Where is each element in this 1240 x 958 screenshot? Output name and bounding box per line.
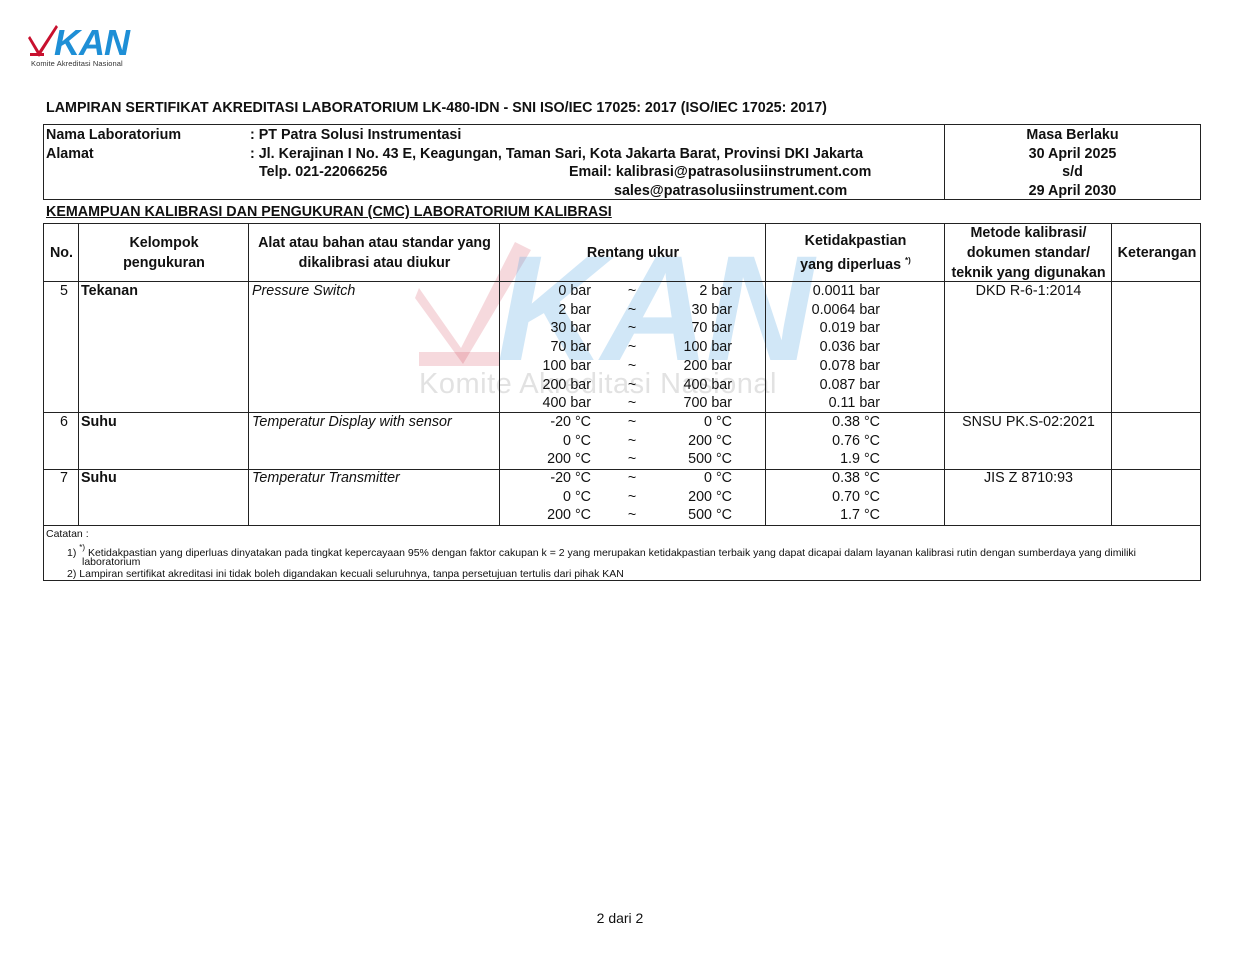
uncertainty-value: 0.078 bar [766,357,880,376]
header-uncertainty: Ketidakpastian yang diperluas *) [766,224,945,282]
range-from: 0 bar [500,282,591,301]
notes-label: Catatan : [46,528,89,541]
email-secondary: sales@patrasolusiinstrument.com [614,182,847,200]
range-from: 0 °C [500,432,591,451]
row-number: 7 [44,469,68,488]
col-divider [248,224,249,525]
instrument-name: Temperatur Transmitter [252,469,400,488]
calibration-method: DKD R-6-1:2014 [945,282,1112,301]
range-from: 100 bar [500,357,591,376]
range-separator: ~ [622,319,642,338]
range-separator: ~ [622,506,642,525]
range-to: 200 °C [644,488,732,507]
uncertainty-value: 0.70 °C [766,488,880,507]
address-value: : Jl. Kerajinan I No. 43 E, Keagungan, T… [250,145,863,163]
range-to: 0 °C [644,469,732,488]
range-to: 200 bar [644,357,732,376]
instrument-name: Pressure Switch [252,282,355,301]
note-2: 2) Lampiran sertifikat akreditasi ini ti… [67,568,624,581]
range-separator: ~ [622,432,642,451]
range-to: 70 bar [644,319,732,338]
note-1: 1) *) Ketidakpastian yang diperluas diny… [67,542,1136,560]
measurement-group: Suhu [81,413,117,432]
lab-name-label: Nama Laboratorium [46,126,181,144]
header-remarks: Keterangan [1112,224,1202,282]
header-range: Rentang ukur [500,224,766,282]
range-from: 70 bar [500,338,591,357]
range-separator: ~ [622,376,642,395]
phone-number: Telp. 021-22066256 [259,163,388,181]
validity-label: Masa Berlaku [945,126,1200,144]
lab-info-box: Nama Laboratorium : PT Patra Solusi Inst… [43,124,1201,200]
validity-period: Masa Berlaku 30 April 2025 s/d 29 April … [945,125,1200,199]
email-primary: Email: kalibrasi@patrasolusiinstrument.c… [569,163,871,181]
range-from: 30 bar [500,319,591,338]
range-separator: ~ [622,413,642,432]
document-title: LAMPIRAN SERTIFIKAT AKREDITASI LABORATOR… [46,100,827,116]
logo-mark: KAN [54,25,129,61]
uncertainty-value: 0.38 °C [766,413,880,432]
range-separator: ~ [622,394,642,413]
header-no: No. [44,224,79,282]
range-from: 400 bar [500,394,591,413]
range-from: 200 °C [500,506,591,525]
range-to: 30 bar [644,301,732,320]
range-to: 2 bar [644,282,732,301]
range-to: 100 bar [644,338,732,357]
calibration-method: SNSU PK.S-02:2021 [945,413,1112,432]
range-to: 0 °C [644,413,732,432]
uncertainty-value: 0.087 bar [766,376,880,395]
uncertainty-value: 0.0011 bar [766,282,880,301]
logo-subtitle: Komite Akreditasi Nasional [31,59,123,68]
calibration-method: JIS Z 8710:93 [945,469,1112,488]
header-group: Kelompok pengukuran [79,224,249,282]
uncertainty-value: 0.019 bar [766,319,880,338]
uncertainty-value: 1.9 °C [766,450,880,469]
measurement-group: Suhu [81,469,117,488]
validity-start: 30 April 2025 [945,145,1200,163]
row-number: 6 [44,413,68,432]
range-separator: ~ [622,488,642,507]
lab-details: Nama Laboratorium : PT Patra Solusi Inst… [44,125,945,199]
uncertainty-value: 0.11 bar [766,394,880,413]
uncertainty-value: 0.0064 bar [766,301,880,320]
range-from: 2 bar [500,301,591,320]
instrument-name: Temperatur Display with sensor [252,413,452,432]
range-from: 0 °C [500,488,591,507]
cmc-table: No. Kelompok pengukuran Alat atau bahan … [43,223,1201,581]
validity-end: 29 April 2030 [945,182,1200,200]
range-to: 200 °C [644,432,732,451]
range-separator: ~ [622,469,642,488]
range-to: 700 bar [644,394,732,413]
validity-separator: s/d [945,163,1200,181]
uncertainty-value: 0.38 °C [766,469,880,488]
range-to: 400 bar [644,376,732,395]
range-to: 500 °C [644,506,732,525]
range-from: 200 bar [500,376,591,395]
section-title: KEMAMPUAN KALIBRASI DAN PENGUKURAN (CMC)… [46,204,612,220]
range-separator: ~ [622,338,642,357]
notes-divider [44,525,1200,526]
uncertainty-value: 0.76 °C [766,432,880,451]
range-separator: ~ [622,282,642,301]
measurement-group: Tekanan [81,282,138,301]
kan-logo: KAN Komite Akreditasi Nasional [28,24,138,70]
range-to: 500 °C [644,450,732,469]
uncertainty-value: 1.7 °C [766,506,880,525]
range-from: -20 °C [500,469,591,488]
col-divider [78,224,79,525]
uncertainty-value: 0.036 bar [766,338,880,357]
address-label: Alamat [46,145,94,163]
page-number: 2 dari 2 [0,910,1240,926]
range-separator: ~ [622,450,642,469]
range-from: -20 °C [500,413,591,432]
note-1-continuation: laboratorium [82,556,140,569]
row-number: 5 [44,282,68,301]
range-from: 200 °C [500,450,591,469]
header-method: Metode kalibrasi/ dokumen standar/ tekni… [945,224,1112,282]
range-separator: ~ [622,357,642,376]
lab-name-value: : PT Patra Solusi Instrumentasi [250,126,461,144]
range-separator: ~ [622,301,642,320]
header-instrument: Alat atau bahan atau standar yang dikali… [249,224,500,282]
